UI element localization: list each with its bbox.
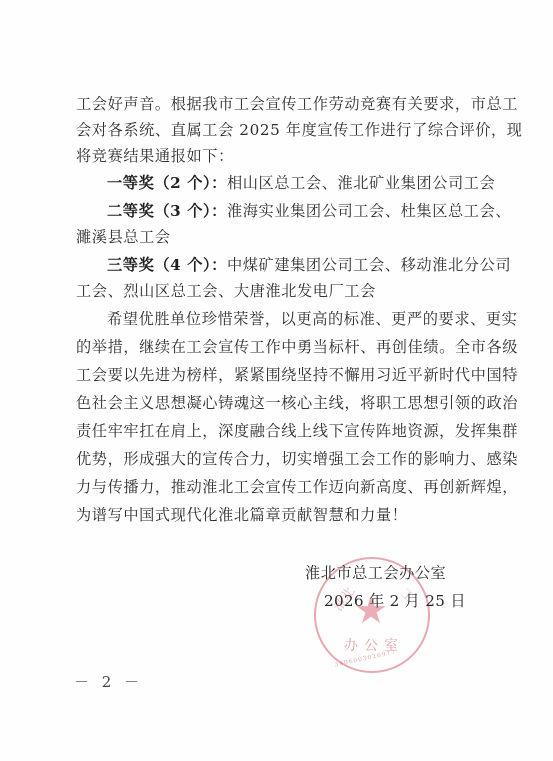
award-first: 一等奖（2 个）：相山区总工会、淮北矿业集团公司工会: [76, 171, 495, 195]
award-label: 三等奖（4 个）：: [107, 256, 227, 274]
paragraph-line: 工会要以先进为榜样，紧紧围绕坚持不懈用习近平新时代中国特: [76, 363, 518, 387]
paragraph-line: 的举措，继续在工会宣传工作中勇当标杆、再创佳绩。全市各级: [76, 335, 518, 359]
award-winners-continued: 濉溪县总工会: [76, 225, 171, 249]
award-winners: 中煤矿建集团公司工会、移动淮北分公司: [227, 256, 511, 274]
award-winners: 淮海实业集团公司工会、杜集区总工会、: [227, 202, 511, 220]
paragraph-line: 优势，形成强大的宣传合力，切实增强工会工作的影响力、感染: [76, 447, 518, 471]
paragraph-line: 希望优胜单位珍惜荣誉，以更高的标准、更严的要求、更实: [76, 307, 517, 331]
award-third: 三等奖（4 个）：中煤矿建集团公司工会、移动淮北分公司: [76, 253, 511, 277]
award-label: 二等奖（3 个）：: [107, 202, 227, 220]
paragraph-line: 力与传播力，推动淮北工会宣传工作迈向新高度、再创新辉煌，: [76, 475, 518, 499]
paragraph-line: 色社会主义思想凝心铸魂这一核心主线，将职工思想引领的政治: [76, 391, 518, 415]
document-page: 工会好声音。根据我市工会宣传工作劳动竞赛有关要求，市总工 会对各系统、直属工会 …: [0, 0, 553, 761]
issue-date: 2026 年 2 月 25 日: [324, 590, 466, 611]
paragraph-line: 工会好声音。根据我市工会宣传工作劳动竞赛有关要求，市总工: [76, 92, 518, 116]
paragraph-line: 将竞赛结果通报如下：: [76, 144, 234, 168]
award-label: 一等奖（2 个）：: [107, 174, 227, 192]
award-winners: 相山区总工会、淮北矿业集团公司工会: [227, 174, 495, 192]
paragraph-line: 为谱写中国式现代化淮北篇章贡献智慧和力量！: [76, 503, 408, 527]
paragraph-line: 会对各系统、直属工会 2025 年度宣传工作进行了综合评价，现: [76, 118, 523, 142]
award-second: 二等奖（3 个）：淮海实业集团公司工会、杜集区总工会、: [76, 199, 511, 223]
issuing-organization: 淮北市总工会办公室: [305, 562, 446, 583]
page-number: － 2 －: [74, 671, 143, 692]
paragraph-line: 责任牢牢扛在肩上，深度融合线上线下宣传阵地资源，发挥集群: [76, 419, 518, 443]
award-winners-continued: 工会、烈山区总工会、大唐淮北发电厂工会: [76, 279, 376, 303]
